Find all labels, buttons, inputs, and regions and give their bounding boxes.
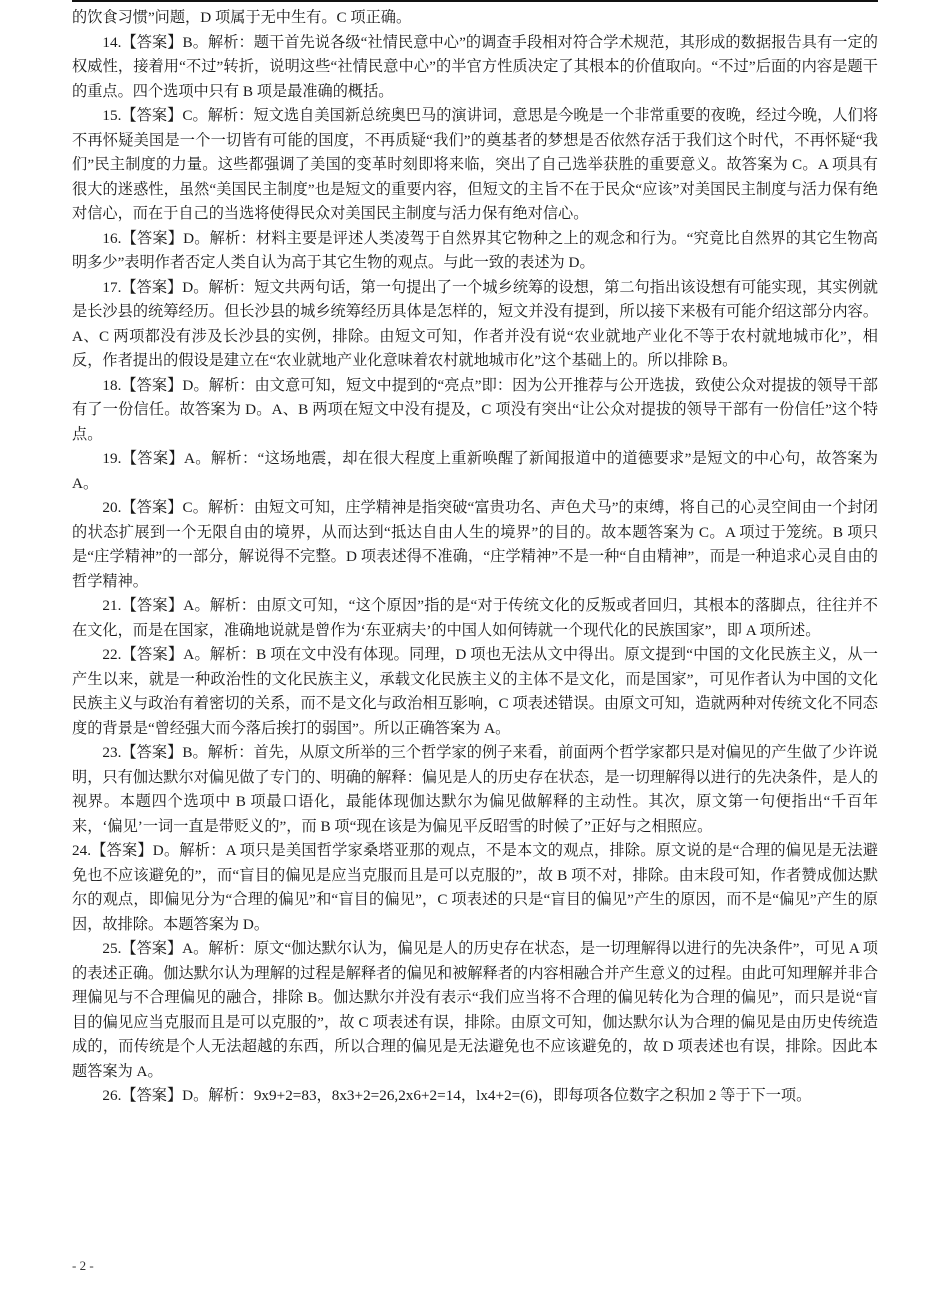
answer-item-17: 17.【答案】D。解析：短文共两句话，第一句提出了一个城乡统筹的设想，第二句指出… [72,276,878,374]
header-rule [72,0,878,2]
answer-item-23: 23.【答案】B。解析：首先，从原文所举的三个哲学家的例子来看，前面两个哲学家都… [72,741,878,839]
answer-item-21: 21.【答案】A。解析：由原文可知，“这个原因”指的是“对于传统文化的反叛或者回… [72,594,878,643]
answer-item-19: 19.【答案】A。解析：“这场地震，却在很大程度上重新唤醒了新闻报道中的道德要求… [72,447,878,496]
answer-item-18: 18.【答案】D。解析：由文意可知，短文中提到的“亮点”即：因为公开推荐与公开选… [72,374,878,448]
page-number: - 2 - [72,1258,94,1274]
answer-item-15: 15.【答案】C。解析：短文选自美国新总统奥巴马的演讲词，意思是今晚是一个非常重… [72,104,878,227]
answer-item-24: 24.【答案】D。解析：A 项只是美国哲学家桑塔亚那的观点，不是本文的观点，排除… [72,839,878,937]
answer-item-16: 16.【答案】D。解析：材料主要是评述人类凌驾于自然界其它物种之上的观念和行为。… [72,227,878,276]
answer-item-26: 26.【答案】D。解析：9x9+2=83，8x3+2=26,2x6+2=14，l… [72,1084,878,1109]
answer-item-25: 25.【答案】A。解析：原文“伽达默尔认为，偏见是人的历史存在状态，是一切理解得… [72,937,878,1084]
answer-item-14: 14.【答案】B。解析：题干首先说各级“社情民意中心”的调查手段相对符合学术规范… [72,31,878,105]
answer-item-20: 20.【答案】C。解析：由短文可知，庄学精神是指突破“富贵功名、声色犬马”的束缚… [72,496,878,594]
continuation-paragraph: 的饮食习惯”问题，D 项属于无中生有。C 项正确。 [72,6,878,31]
answer-item-22: 22.【答案】A。解析：B 项在文中没有体现。同理，D 项也无法从文中得出。原文… [72,643,878,741]
answer-explanations: 的饮食习惯”问题，D 项属于无中生有。C 项正确。 14.【答案】B。解析：题干… [72,6,878,1109]
